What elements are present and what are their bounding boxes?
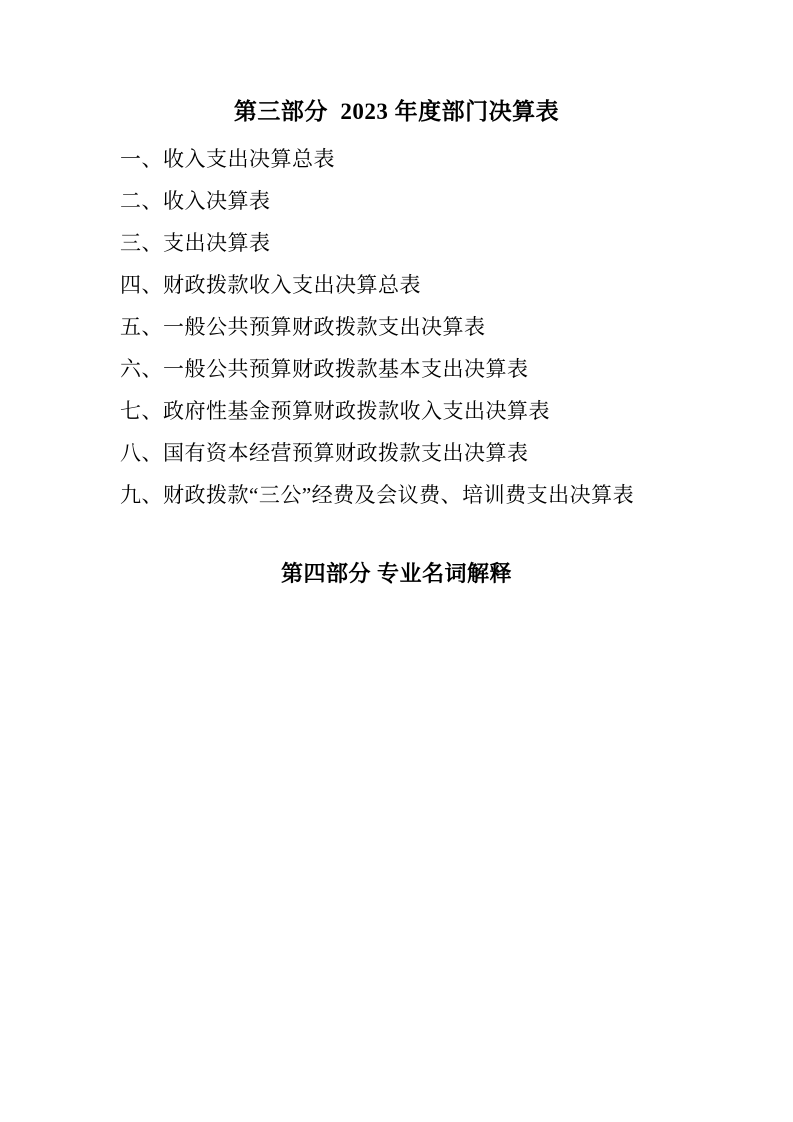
toc-item-7: 七、政府性基金预算财政拨款收入支出决算表 <box>120 390 733 432</box>
toc-item-1: 一、收入支出决算总表 <box>120 138 733 180</box>
part4-section-title: 第四部分 专业名词解释 <box>0 560 793 588</box>
toc-item-2: 二、收入决算表 <box>120 180 733 222</box>
toc-item-4: 四、财政拨款收入支出决算总表 <box>120 264 733 306</box>
toc-list: 一、收入支出决算总表 二、收入决算表 三、支出决算表 四、财政拨款收入支出决算总… <box>120 138 733 516</box>
toc-item-6: 六、一般公共预算财政拨款基本支出决算表 <box>120 348 733 390</box>
toc-item-3: 三、支出决算表 <box>120 222 733 264</box>
toc-item-5: 五、一般公共预算财政拨款支出决算表 <box>120 306 733 348</box>
toc-item-8: 八、国有资本经营预算财政拨款支出决算表 <box>120 432 733 474</box>
document-page: 第三部分 2023 年度部门决算表 一、收入支出决算总表 二、收入决算表 三、支… <box>0 0 793 1122</box>
part3-section-title: 第三部分 2023 年度部门决算表 <box>0 97 793 127</box>
toc-item-9: 九、财政拨款“三公”经费及会议费、培训费支出决算表 <box>120 474 733 516</box>
